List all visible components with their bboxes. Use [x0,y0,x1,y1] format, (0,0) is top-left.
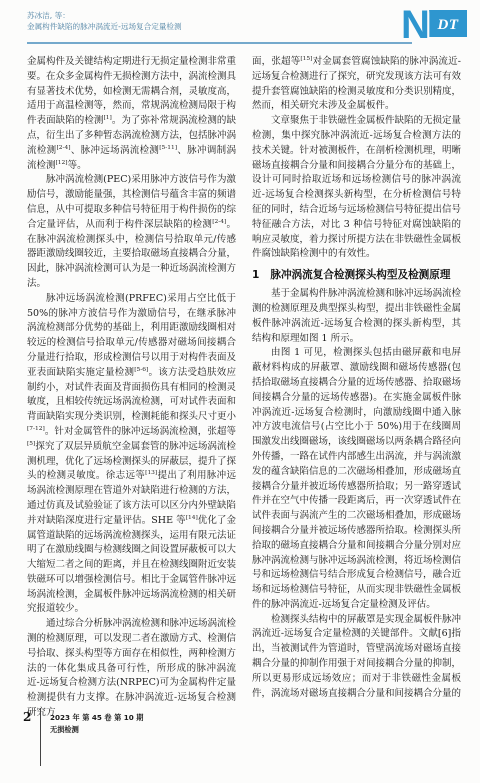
ndt-logo: DT N [401,8,467,50]
ndt-logo-n-text: N [401,2,430,48]
paragraph: 金属构件及关键结构定期进行无损定量检测非常重要。在众多金属构件无损检测方法中，涡… [27,55,236,173]
paragraph: 基于金属构件脉冲涡流检测和脉冲远场涡流检测的检测原理及典型探头构型，提出非铁磁性… [252,287,461,346]
paragraph: 脉冲涡流检测(PEC)采用脉冲方波信号作为激励信号，激励能量强，其检测信号蕴含丰… [27,173,236,291]
footer-info: 2023 年 第 45 卷 第 10 期 无损检测 [50,712,143,735]
paragraph: 面，张超等[15]对金属套管腐蚀缺陷的脉冲涡流近-远场复合检测进行了探究，研究发… [252,55,461,114]
ndt-logo-dt-text: DT [438,13,459,34]
page-footer: 2 2023 年 第 45 卷 第 10 期 无损检测 [0,708,480,783]
section-title: 脉冲涡流复合检测探头构型及检测原理 [270,269,450,281]
footer-divider [40,708,41,766]
journal-page: 苏冰洁, 等： 金属构件缺陷的脉冲涡流近-远场复合定量检测 DT N 金属构件及… [0,0,480,783]
left-column: 金属构件及关键结构定期进行无损定量检测非常重要。在众多金属构件无损检测方法中，涡… [27,55,236,721]
paragraph: 文章聚焦于非铁磁性金属板件缺陷的无损定量检测，集中探究脉冲涡流近-远场复合检测方… [252,114,461,262]
footer-issue-line: 2023 年 第 45 卷 第 10 期 [50,712,143,724]
running-head-author: 苏冰洁, 等： [27,11,327,22]
running-head: 苏冰洁, 等： 金属构件缺陷的脉冲涡流近-远场复合定量检测 [27,11,327,32]
section-number: 1 [252,269,259,281]
section-heading: 1脉冲涡流复合检测探头构型及检测原理 [252,268,461,282]
page-number: 2 [23,710,31,724]
paragraph: 脉冲远场涡流检测(PRFEC)采用占空比低于50%的脉冲方波信号作为激励信号，在… [27,292,236,618]
right-column: 面，张超等[15]对金属套管腐蚀缺陷的脉冲涡流近-远场复合检测进行了探究，研究发… [252,55,461,701]
footer-journal-name: 无损检测 [50,724,143,736]
ndt-logo-box: DT [429,10,467,37]
running-head-title: 金属构件缺陷的脉冲涡流近-远场复合定量检测 [27,22,327,33]
header-rule [27,42,412,44]
paragraph: 通过综合分析脉冲涡流检测和脉冲远场涡流检测的检测原理，可以发现二者在激励方式、检… [27,617,236,721]
paragraph: 检测探头结构中的屏蔽罩是实现金属板件脉冲涡流近-远场复合定量检测的关键部件。文献… [252,613,461,702]
paragraph: 由图 1 可见，检测探头包括由磁屏蔽和电屏蔽材料构成的屏蔽罩、激励线圈和磁场传感… [252,346,461,612]
